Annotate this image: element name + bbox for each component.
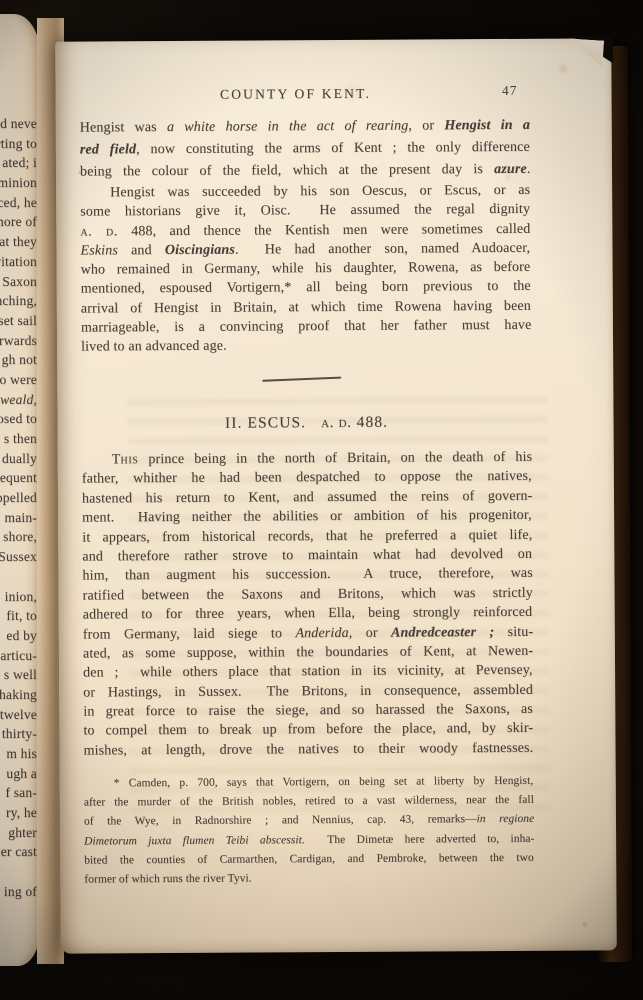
left-page-text-fragment: twelve — [0, 705, 40, 725]
book-photo: ld neverting toated; iominionced, hemore… — [0, 0, 643, 1000]
text-run: Anderida — [295, 625, 348, 640]
left-page-text-fragment: set sail — [0, 311, 40, 331]
text-run: being the colour of the field, which at … — [80, 162, 494, 180]
text-run: shore, — [3, 527, 37, 547]
text-run: a. d. — [321, 414, 352, 431]
text-line: II. ESCUS. a. d. 488. — [81, 412, 531, 435]
left-page-text-fragment: shore, — [0, 527, 40, 547]
text-run: arrival of Hengist in Britain, at which … — [81, 299, 531, 317]
text-run: Hengist was succeeded by his son Oescus,… — [110, 183, 530, 201]
text-run: main- — [5, 508, 38, 528]
left-page-text-fragment: erwards — [0, 331, 40, 351]
text-line-content: This prince being in the north of Britai… — [97, 448, 533, 470]
left-page-text-fragment: o were — [0, 370, 40, 390]
paragraph-hengist-arms: Hengist was a white horse in the act of … — [80, 115, 530, 184]
text-run: , or — [408, 118, 444, 133]
text-run: more of — [0, 212, 37, 232]
left-page-text-fragment — [0, 862, 40, 882]
text-run: , or — [349, 625, 391, 640]
left-page-text-fragment: ing of — [0, 882, 40, 902]
text-run: to compel them to break up from before t… — [83, 721, 533, 739]
text-run: ratified between the Saxons and Britons,… — [83, 586, 533, 604]
text-run: bited the counties of Carmarthen, Cardig… — [84, 852, 534, 867]
text-run: ment. Having neither the abilities or am… — [82, 508, 532, 526]
text-run: it appears, from historical records, tha… — [82, 527, 532, 545]
text-run: of the Wye, in Radnorshire ; and Nennius… — [84, 814, 477, 828]
text-run: red field — [80, 142, 136, 157]
left-page-text-fragment: f san- — [0, 783, 40, 803]
text-run: twelve — [0, 705, 37, 725]
left-page-text-fragment: equent — [0, 468, 40, 488]
text-run: adhered to for three years, when Ella, b… — [83, 605, 533, 623]
text-run: erwards — [0, 331, 37, 351]
text-run: hastened his return to Kent, and assumed… — [82, 489, 533, 507]
footnote: * Camden, p. 700, says that Vortigern, o… — [84, 772, 535, 890]
left-page-text-fragment: gh not — [0, 350, 40, 370]
text-run: Dimetorum juxta flumen Teibi abscessit. — [84, 834, 305, 847]
text-run: ed by — [6, 626, 37, 646]
left-page-text-fragment: ghter — [0, 823, 40, 843]
text-run: Eskins — [80, 243, 118, 258]
text-run: at they — [0, 232, 37, 252]
left-page-text-fragment: more of — [0, 212, 40, 232]
page-corner-fold — [566, 38, 604, 68]
text-line-content: Hengist was a white horse in the act of … — [80, 115, 530, 140]
text-line: mishes, at length, drove the natives to … — [83, 739, 533, 761]
left-page-text-fragment: haking — [0, 685, 40, 705]
left-page-text-fragment: s well — [0, 665, 40, 685]
left-page-text-fragment: ry, he — [0, 803, 40, 823]
text-run: Saxon — [2, 272, 37, 292]
text-run: Hengist was — [80, 120, 167, 136]
text-run: nching, — [0, 291, 37, 311]
text-run: prince being in the north of Britain, on… — [138, 450, 532, 467]
left-page-text-fragment: m his — [0, 744, 40, 764]
text-line-content: II. ESCUS. a. d. 488. — [225, 413, 388, 434]
text-run: weald, — [0, 390, 37, 410]
text-run: father, whither he had been despatched t… — [82, 469, 532, 487]
left-page-text-fragment: ed by — [0, 626, 40, 646]
text-run: thirty- — [2, 724, 37, 744]
text-run: ugh a — [6, 764, 37, 784]
text-run: ated, as some suppose, within the bounda… — [83, 644, 533, 662]
left-page-text-fragments: ld neverting toated; iominionced, hemore… — [0, 114, 40, 902]
text-run: him, than augment his succession. A truc… — [82, 566, 532, 584]
text-line-content: mishes, at length, drove the natives to … — [83, 739, 533, 761]
text-line: Hengist was a white horse in the act of … — [80, 115, 530, 140]
text-run: azure — [494, 162, 527, 177]
left-page-text-fragment: s then — [0, 429, 40, 449]
section-heading: II. ESCUS. a. d. 488. — [81, 412, 531, 435]
left-page-text-fragment: ppelled — [0, 488, 40, 508]
text-run: after the murder of the British nobles, … — [84, 794, 534, 809]
text-run: who remained in Germany, while his daugh… — [81, 260, 531, 278]
text-line-content: * Camden, p. 700, says that Vortigern, o… — [99, 772, 534, 794]
text-run: his — [120, 452, 138, 467]
left-page-text-fragment — [0, 567, 40, 587]
text-run: fit, to — [6, 606, 37, 626]
running-header: COUNTY OF KENT. — [220, 86, 371, 103]
left-page-text-fragment: weald, — [0, 390, 40, 410]
text-run: II. ESCUS. — [225, 414, 321, 432]
text-run: a. d. — [80, 224, 118, 239]
text-run: , now constituting the arms of Kent ; th… — [136, 140, 530, 157]
text-run: vitation — [0, 252, 37, 272]
text-line-content: being the colour of the field, which at … — [80, 159, 531, 184]
left-page-text-fragment: ld neve — [0, 114, 40, 134]
left-page-text-fragment: ominion — [0, 173, 40, 193]
text-run: Andredceaster ; — [391, 625, 494, 641]
text-run: The Dimetæ here adverted to, inha- — [305, 832, 535, 845]
left-page-text-fragment: thirty- — [0, 724, 40, 744]
left-page-text-fragment: Saxon — [0, 272, 40, 292]
left-page-text-fragment: ced, he — [0, 193, 40, 213]
text-run: osed to — [0, 409, 37, 429]
text-run: ing of — [4, 882, 37, 902]
text-line: lived to an advanced age. — [81, 335, 531, 357]
left-page-text-fragment: osed to — [0, 409, 40, 429]
text-run: ry, he — [6, 803, 37, 823]
text-run: mentioned, espoused Vortigern,* all bein… — [81, 279, 531, 297]
text-run: in regione — [477, 813, 535, 825]
text-run: ced, he — [0, 193, 37, 213]
left-page-edge: ld neverting toated; iominionced, hemore… — [0, 14, 40, 966]
page-header: COUNTY OF KENT. 47 — [80, 85, 530, 108]
text-line: red field, now constituting the arms of … — [80, 137, 530, 162]
text-run: ghter — [8, 823, 37, 843]
text-run: set sail — [0, 311, 37, 331]
text-run: 488, and thence the Kentish men were som… — [118, 221, 531, 239]
left-page-text-fragment: fit, to — [0, 606, 40, 626]
text-run: mishes, at length, drove the natives to … — [84, 741, 534, 759]
text-run: or Hastings, in Sussex. The Britons, in … — [83, 682, 533, 700]
text-line: former of which runs the river Tyvi. — [84, 868, 534, 890]
paragraph-hengist-succession: Hengist was succeeded by his son Oescus,… — [80, 181, 531, 357]
left-page-text-fragment: nching, — [0, 291, 40, 311]
text-run: den ; while others place that station in… — [83, 663, 533, 681]
page-number: 47 — [502, 83, 518, 99]
left-page-text-fragment: inion, — [0, 587, 40, 607]
left-page-text-fragment: articu- — [0, 646, 40, 666]
text-run: T — [112, 452, 121, 467]
text-run: Oiscingians — [165, 243, 235, 258]
text-run: er cast — [1, 842, 37, 862]
main-page: COUNTY OF KENT. 47 Hengist was a white h… — [55, 38, 617, 953]
text-line-content: red field, now constituting the arms of … — [80, 137, 530, 162]
left-page-text-fragment: ugh a — [0, 764, 40, 784]
text-line: being the colour of the field, which at … — [80, 159, 530, 184]
text-run: haking — [0, 685, 37, 705]
text-run: former of which runs the river Tyvi. — [84, 872, 251, 885]
text-line-content: former of which runs the river Tyvi. — [84, 869, 252, 889]
left-page-text-fragment: er cast — [0, 842, 40, 862]
text-run: * Camden, p. 700, says that Vortigern, o… — [114, 775, 534, 790]
text-run: and therefore rather strove to maintain … — [82, 547, 532, 565]
left-page-text-fragment: at they — [0, 232, 40, 252]
text-run: a white horse in the act of rearing — [167, 119, 409, 135]
left-page-text-fragment: dually — [0, 449, 40, 469]
text-run: rting to — [0, 134, 37, 154]
text-run: inion, — [5, 587, 37, 607]
text-run: s then — [4, 429, 37, 449]
text-run: gh not — [2, 350, 37, 370]
section-divider-rule — [262, 377, 341, 383]
text-line-content: lived to an advanced age. — [81, 337, 227, 357]
left-page-text-fragment: rting to — [0, 134, 40, 154]
text-run: ated; i — [2, 153, 37, 173]
left-page-text-fragment: vitation — [0, 252, 40, 272]
text-run: some historians give it, Oisc. He assume… — [80, 202, 530, 220]
text-run: dually — [2, 449, 37, 469]
text-run: ppelled — [0, 488, 37, 508]
text-run: . He had another son, named Audoacer, — [235, 241, 530, 258]
paragraph-escus: This prince being in the north of Britai… — [82, 448, 534, 761]
text-run: s well — [4, 665, 37, 685]
text-run: Hengist in a — [444, 118, 530, 134]
text-run: and — [118, 243, 165, 258]
left-page-text-fragment: main- — [0, 508, 40, 528]
text-run: equent — [0, 468, 37, 488]
text-run: ld neve — [0, 114, 37, 134]
text-run: ominion — [0, 173, 37, 193]
text-run: in great force to raise the siege, and s… — [83, 702, 533, 720]
text-run: from Germany, laid siege to — [83, 626, 296, 642]
text-line-content: Hengist was succeeded by his son Oescus,… — [95, 181, 530, 203]
text-run: m his — [6, 744, 37, 764]
text-run: lived to an advanced age. — [81, 339, 227, 355]
text-run: f san- — [5, 783, 37, 803]
left-page-text-fragment: Sussex — [0, 547, 40, 567]
left-page-text-fragment: ated; i — [0, 153, 40, 173]
text-run: articu- — [0, 646, 37, 666]
text-run: 488. — [352, 414, 389, 431]
text-run: Sussex — [0, 547, 37, 567]
text-run: situ- — [494, 624, 533, 639]
text-run: marriageable, is a convincing proof that… — [81, 318, 532, 336]
text-run: o were — [0, 370, 37, 390]
text-run: . — [527, 162, 531, 177]
